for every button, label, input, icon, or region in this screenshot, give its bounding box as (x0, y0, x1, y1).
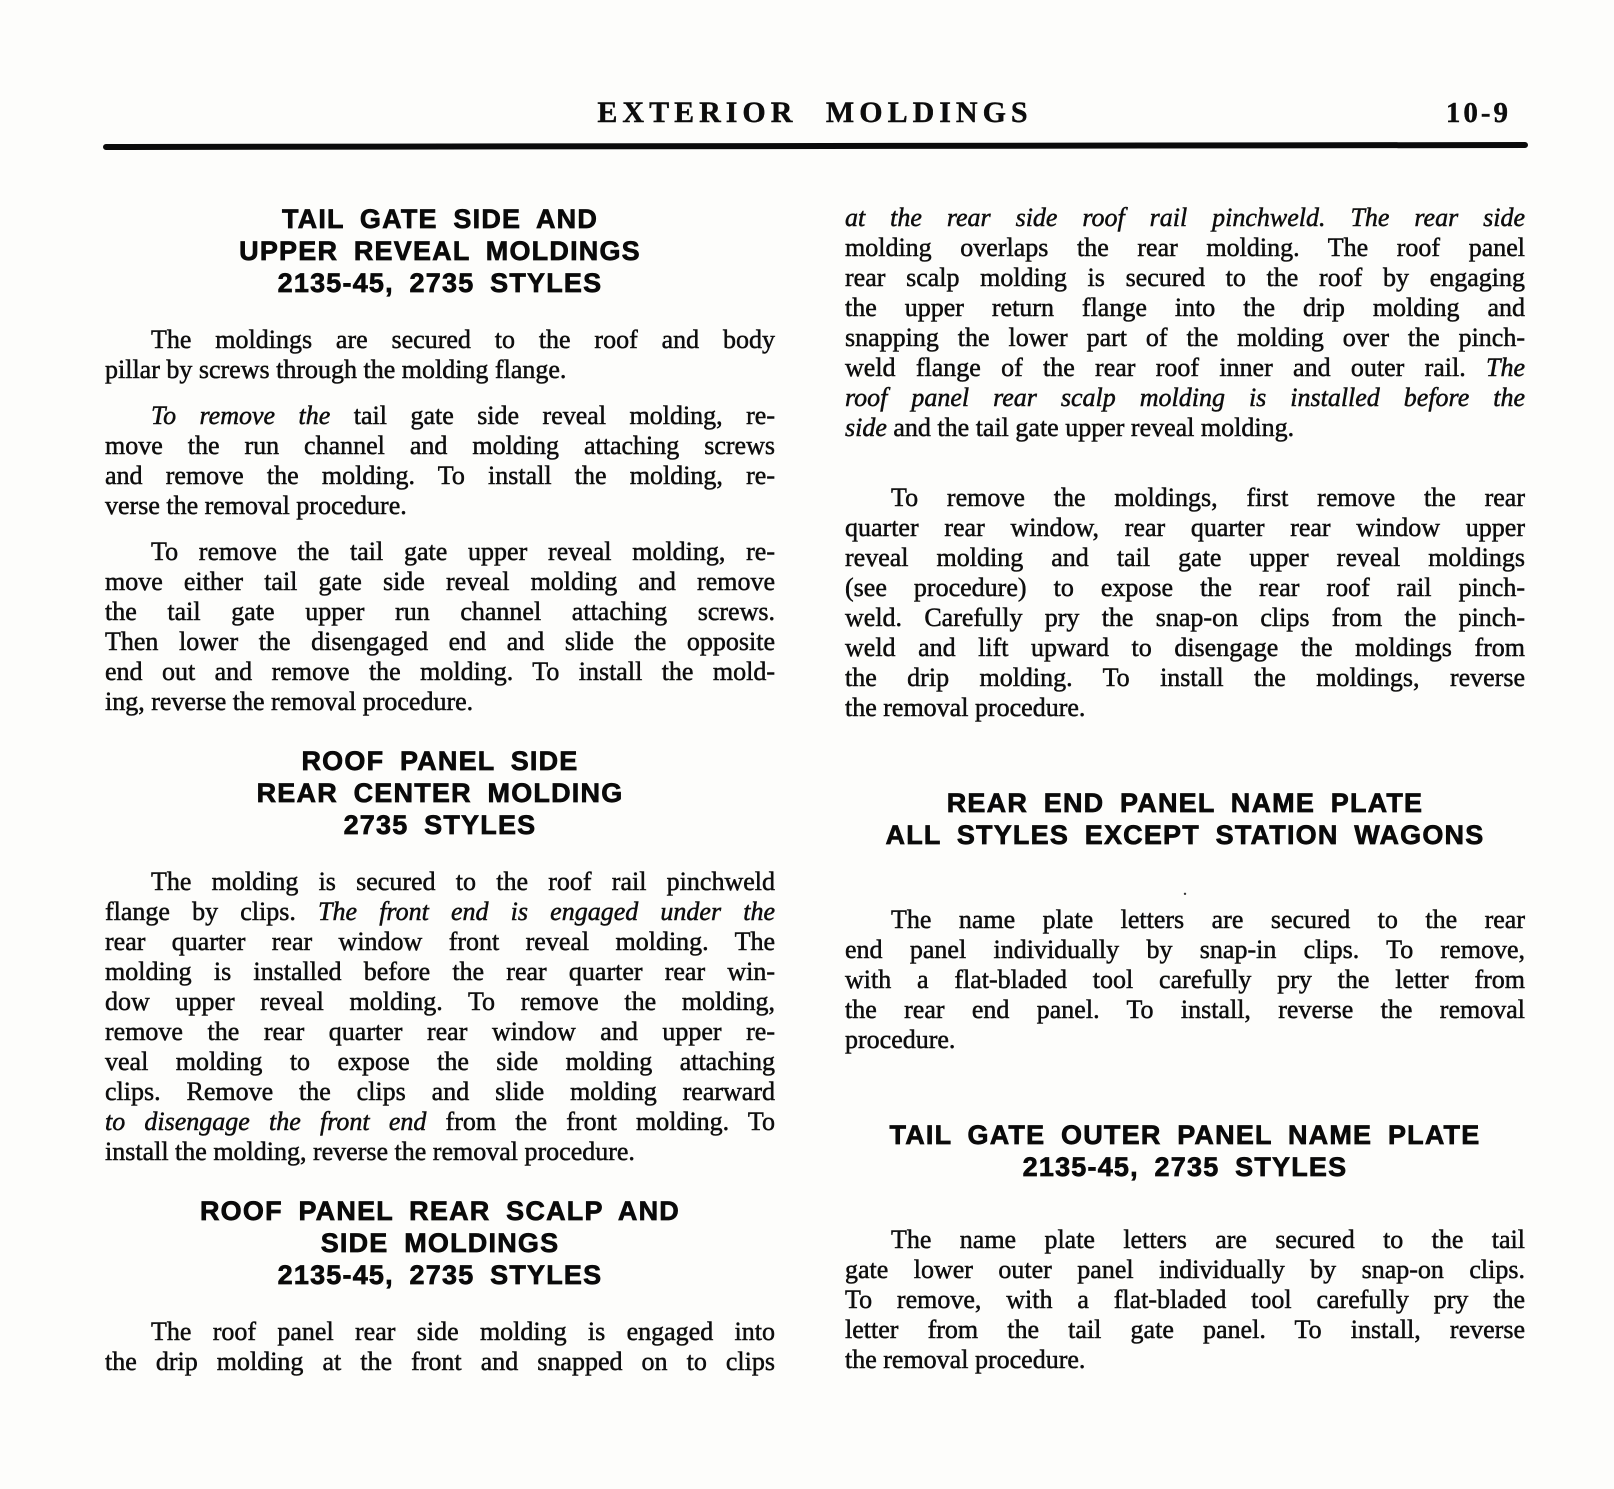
text-line: gate lower outer panel individually by s… (845, 1255, 1525, 1285)
paragraph: The name plate letters are secured to th… (845, 1225, 1525, 1375)
text-run: The name plate letters are secured to th… (891, 1225, 1525, 1254)
text-run: verse the removal procedure. (105, 491, 407, 520)
paragraph: To remove the tail gate side reveal mold… (105, 401, 775, 521)
paragraph: The name plate letters are secured to th… (845, 905, 1525, 1055)
text-line: flange by clips. The front end is engage… (105, 897, 775, 927)
text-run: move the run channel and molding attachi… (105, 431, 775, 460)
text-run: the drip molding at the front and snappe… (105, 1347, 775, 1376)
text-line: quarter rear window, rear quarter rear w… (845, 513, 1525, 543)
section-heading-line: 2135-45, 2735 STYLES (845, 1151, 1525, 1183)
text-run: molding overlaps the rear molding. The r… (845, 233, 1525, 262)
text-run: flange by clips. (105, 897, 318, 926)
section-heading: TAIL GATE SIDE ANDUPPER REVEAL MOLDINGS2… (105, 203, 775, 299)
text-run: reveal molding and tail gate upper revea… (845, 543, 1525, 572)
page-title: EXTERIOR MOLDINGS (597, 96, 1032, 129)
text-line: The molding is secured to the roof rail … (105, 867, 775, 897)
text-line: molding overlaps the rear molding. The r… (845, 233, 1525, 263)
text-run: and the tail gate upper reveal molding. (887, 413, 1294, 442)
text-line: ing, reverse the removal procedure. (105, 687, 775, 717)
text-line: move the run channel and molding attachi… (105, 431, 775, 461)
text-run: rear scalp molding is secured to the roo… (845, 263, 1525, 292)
text-run: tail gate side reveal molding, re- (330, 401, 775, 430)
text-line: side and the tail gate upper reveal mold… (845, 413, 1525, 443)
text-line: end out and remove the molding. To insta… (105, 657, 775, 687)
text-run: The roof panel rear side molding is enga… (151, 1317, 775, 1346)
paragraph: The molding is secured to the roof rail … (105, 867, 775, 1167)
text-run: and remove the molding. To install the m… (105, 461, 775, 490)
text-line: The name plate letters are secured to th… (845, 1225, 1525, 1255)
text-line: To remove the moldings, first remove the… (845, 483, 1525, 513)
text-run: rear quarter rear window front reveal mo… (105, 927, 775, 956)
text-run: The front end is engaged under the (318, 897, 775, 926)
text-line: molding is installed before the rear qua… (105, 957, 775, 987)
paragraph: To remove the moldings, first remove the… (845, 483, 1525, 723)
text-line: the drip molding. To install the molding… (845, 663, 1525, 693)
section-heading-line: ALL STYLES EXCEPT STATION WAGONS (845, 819, 1525, 851)
text-line: (see procedure) to expose the rear roof … (845, 573, 1525, 603)
paragraph: To remove the tail gate upper reveal mol… (105, 537, 775, 717)
text-line: veal molding to expose the side molding … (105, 1047, 775, 1077)
text-line: Then lower the disengaged end and slide … (105, 627, 775, 657)
paragraph: The moldings are secured to the roof and… (105, 325, 775, 385)
section-heading-line: ROOF PANEL SIDE (105, 745, 775, 777)
manual-page: EXTERIOR MOLDINGS 10-9 TAIL GATE SIDE AN… (0, 0, 1614, 1489)
text-run: end panel individually by snap-in clips.… (845, 935, 1525, 964)
section-heading-line: SIDE MOLDINGS (105, 1227, 775, 1259)
text-line: To remove, with a flat-bladed tool caref… (845, 1285, 1525, 1315)
text-line: roof panel rear scalp molding is install… (845, 383, 1525, 413)
text-columns: TAIL GATE SIDE ANDUPPER REVEAL MOLDINGS2… (105, 149, 1525, 1415)
section-heading: TAIL GATE OUTER PANEL NAME PLATE2135-45,… (845, 1119, 1525, 1183)
section-heading-line: TAIL GATE SIDE AND (105, 203, 775, 235)
text-run: The moldings are secured to the roof and… (151, 325, 775, 354)
text-run: To remove the tail gate upper reveal mol… (151, 537, 775, 566)
text-run: quarter rear window, rear quarter rear w… (845, 513, 1525, 542)
text-line: with a flat-bladed tool carefully pry th… (845, 965, 1525, 995)
text-run: the tail gate upper run channel attachin… (105, 597, 775, 626)
section-heading: REAR END PANEL NAME PLATEALL STYLES EXCE… (845, 787, 1525, 851)
section-heading-line: 2735 STYLES (105, 809, 775, 841)
text-run: (see procedure) to expose the rear roof … (845, 573, 1525, 602)
text-run: the rear end panel. To install, reverse … (845, 995, 1525, 1024)
text-line: end panel individually by snap-in clips.… (845, 935, 1525, 965)
text-run: the upper return flange into the drip mo… (845, 293, 1525, 322)
text-run: remove the rear quarter rear window and … (105, 1017, 775, 1046)
text-run: clips. Remove the clips and slide moldin… (105, 1077, 775, 1106)
section-heading: ROOF PANEL SIDEREAR CENTER MOLDING2735 S… (105, 745, 775, 841)
text-run: weld and lift upward to disengage the mo… (845, 633, 1525, 662)
text-line: letter from the tail gate panel. To inst… (845, 1315, 1525, 1345)
text-line: verse the removal procedure. (105, 491, 775, 521)
text-run: weld. Carefully pry the snap-on clips fr… (845, 603, 1525, 632)
text-line: to disengage the front end from the fron… (105, 1107, 775, 1137)
text-line: at the rear side roof rail pinchweld. Th… (845, 203, 1525, 233)
text-line: pillar by screws through the molding fla… (105, 355, 775, 385)
text-line: weld flange of the rear roof inner and o… (845, 353, 1525, 383)
section-heading-line: 2135-45, 2735 STYLES (105, 267, 775, 299)
text-line: To remove the tail gate upper reveal mol… (105, 537, 775, 567)
text-line: the removal procedure. (845, 1345, 1525, 1375)
text-run: at the rear side roof rail pinchweld. Th… (845, 203, 1525, 232)
text-line: rear quarter rear window front reveal mo… (105, 927, 775, 957)
text-line: procedure. (845, 1025, 1525, 1055)
section-heading-line: 2135-45, 2735 STYLES (105, 1259, 775, 1291)
paragraph: at the rear side roof rail pinchweld. Th… (845, 203, 1525, 443)
page-number: 10-9 (1446, 94, 1511, 132)
text-line: The name plate letters are secured to th… (845, 905, 1525, 935)
text-run: move either tail gate side reveal moldin… (105, 567, 775, 596)
text-run: roof panel rear scalp molding is install… (845, 383, 1525, 412)
text-run: end out and remove the molding. To insta… (105, 657, 775, 686)
text-line: snapping the lower part of the molding o… (845, 323, 1525, 353)
text-line: The moldings are secured to the roof and… (105, 325, 775, 355)
text-run: veal molding to expose the side molding … (105, 1047, 775, 1076)
page-header: EXTERIOR MOLDINGS 10-9 (105, 0, 1525, 132)
text-line: The roof panel rear side molding is enga… (105, 1317, 775, 1347)
text-line: move either tail gate side reveal moldin… (105, 567, 775, 597)
text-run: To remove the (151, 401, 330, 430)
text-line: the tail gate upper run channel attachin… (105, 597, 775, 627)
section-heading-line: TAIL GATE OUTER PANEL NAME PLATE (845, 1119, 1525, 1151)
artifact-mark: . (845, 881, 1525, 901)
text-run: The molding is secured to the roof rail … (151, 867, 775, 896)
text-line: rear scalp molding is secured to the roo… (845, 263, 1525, 293)
right-column: at the rear side roof rail pinchweld. Th… (845, 203, 1525, 1415)
text-line: weld and lift upward to disengage the mo… (845, 633, 1525, 663)
text-line: the upper return flange into the drip mo… (845, 293, 1525, 323)
text-line: the drip molding at the front and snappe… (105, 1347, 775, 1377)
text-line: weld. Carefully pry the snap-on clips fr… (845, 603, 1525, 633)
text-line: reveal molding and tail gate upper revea… (845, 543, 1525, 573)
text-line: the removal procedure. (845, 693, 1525, 723)
text-run: from the front molding. To (426, 1107, 775, 1136)
text-run: The name plate letters are secured to th… (891, 905, 1525, 934)
text-run: the drip molding. To install the molding… (845, 663, 1525, 692)
text-run: ing, reverse the removal procedure. (105, 687, 473, 716)
text-run: molding is installed before the rear qua… (105, 957, 775, 986)
text-run: procedure. (845, 1025, 955, 1054)
text-run: Then lower the disengaged end and slide … (105, 627, 775, 656)
text-run: weld flange of the rear roof inner and o… (845, 353, 1486, 382)
text-run: To remove the moldings, first remove the… (891, 483, 1525, 512)
text-run: side (845, 413, 887, 442)
text-run: dow upper reveal molding. To remove the … (105, 987, 775, 1016)
section-heading-line: UPPER REVEAL MOLDINGS (105, 235, 775, 267)
text-line: dow upper reveal molding. To remove the … (105, 987, 775, 1017)
text-run: letter from the tail gate panel. To inst… (845, 1315, 1525, 1344)
text-run: snapping the lower part of the molding o… (845, 323, 1525, 352)
text-run: to disengage the front end (105, 1107, 426, 1136)
text-run: the removal procedure. (845, 1345, 1085, 1374)
section-heading: ROOF PANEL REAR SCALP ANDSIDE MOLDINGS21… (105, 1195, 775, 1291)
section-heading-line: REAR END PANEL NAME PLATE (845, 787, 1525, 819)
text-line: and remove the molding. To install the m… (105, 461, 775, 491)
text-run: the removal procedure. (845, 693, 1085, 722)
text-line: the rear end panel. To install, reverse … (845, 995, 1525, 1025)
text-run: with a flat-bladed tool carefully pry th… (845, 965, 1525, 994)
text-line: remove the rear quarter rear window and … (105, 1017, 775, 1047)
left-column: TAIL GATE SIDE ANDUPPER REVEAL MOLDINGS2… (105, 203, 775, 1415)
text-run: install the molding, reverse the removal… (105, 1137, 635, 1166)
text-line: install the molding, reverse the removal… (105, 1137, 775, 1167)
text-line: To remove the tail gate side reveal mold… (105, 401, 775, 431)
text-run: pillar by screws through the molding fla… (105, 355, 566, 384)
paragraph: The roof panel rear side molding is enga… (105, 1317, 775, 1377)
section-heading-line: REAR CENTER MOLDING (105, 777, 775, 809)
text-line: clips. Remove the clips and slide moldin… (105, 1077, 775, 1107)
text-run: To remove, with a flat-bladed tool caref… (845, 1285, 1525, 1314)
text-run: The (1486, 353, 1525, 382)
text-run: gate lower outer panel individually by s… (845, 1255, 1525, 1284)
section-heading-line: ROOF PANEL REAR SCALP AND (105, 1195, 775, 1227)
